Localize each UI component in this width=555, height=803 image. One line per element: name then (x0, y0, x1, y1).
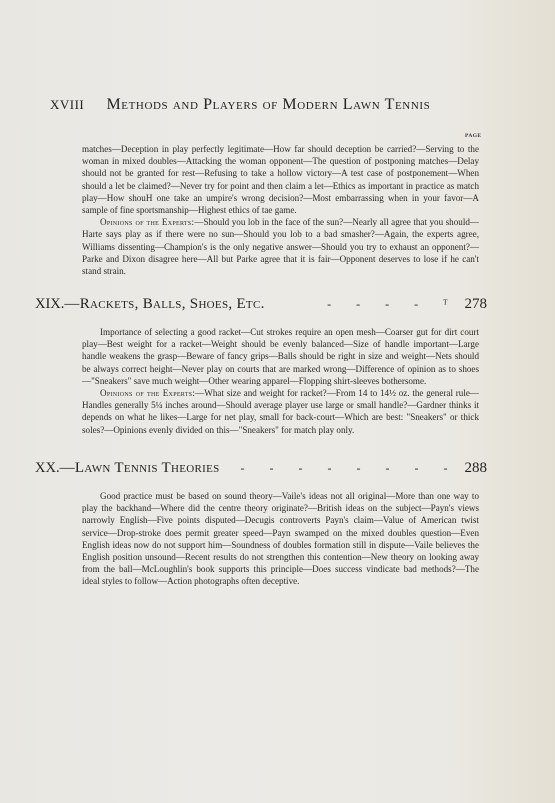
chapter-number: XX. (35, 460, 60, 477)
experts-paragraph: Opinions of the Experts:—Should you lob … (82, 216, 479, 277)
chapter-page-number: 288 (465, 460, 488, 477)
chapter-page-number: 278 (465, 296, 488, 313)
chapter-number: XIX. (35, 296, 64, 313)
synopsis-paragraph: Good practice must be based on sound the… (82, 490, 479, 588)
page-number-roman: XVIII (50, 97, 84, 112)
chapter-title: —Lawn Tennis Theories (60, 460, 220, 477)
chapter-heading-xx: XX. —Lawn Tennis Theories - - - - - - - … (35, 460, 487, 477)
chapter-xx-synopsis: Good practice must be based on sound the… (82, 490, 479, 588)
chapter-title: —Rackets, Balls, Shoes, Etc. (64, 296, 264, 313)
experts-label: Opinions of the Experts: (100, 388, 195, 398)
running-head: XVIII Methods and Players of Modern Lawn… (50, 96, 490, 114)
page-column-label: PAGE (465, 133, 481, 139)
dot-leaders: - - - - ᵀ (265, 297, 461, 312)
experts-label: Opinions of the Experts: (100, 217, 194, 227)
book-title: Methods and Players of Modern Lawn Tenni… (106, 96, 430, 113)
chapter-xix-synopsis: Importance of selecting a good racket—Cu… (82, 326, 479, 436)
synopsis-paragraph: matches—Deception in play perfectly legi… (82, 143, 479, 216)
synopsis-paragraph: Importance of selecting a good racket—Cu… (82, 326, 479, 387)
chapter-heading-xix: XIX. —Rackets, Balls, Shoes, Etc. - - - … (35, 296, 487, 313)
dot-leaders: - - - - - - - - (220, 461, 461, 476)
experts-paragraph: Opinions of the Experts:—What size and w… (82, 387, 479, 436)
chapter-xviii-synopsis-continued: matches—Deception in play perfectly legi… (82, 143, 479, 277)
